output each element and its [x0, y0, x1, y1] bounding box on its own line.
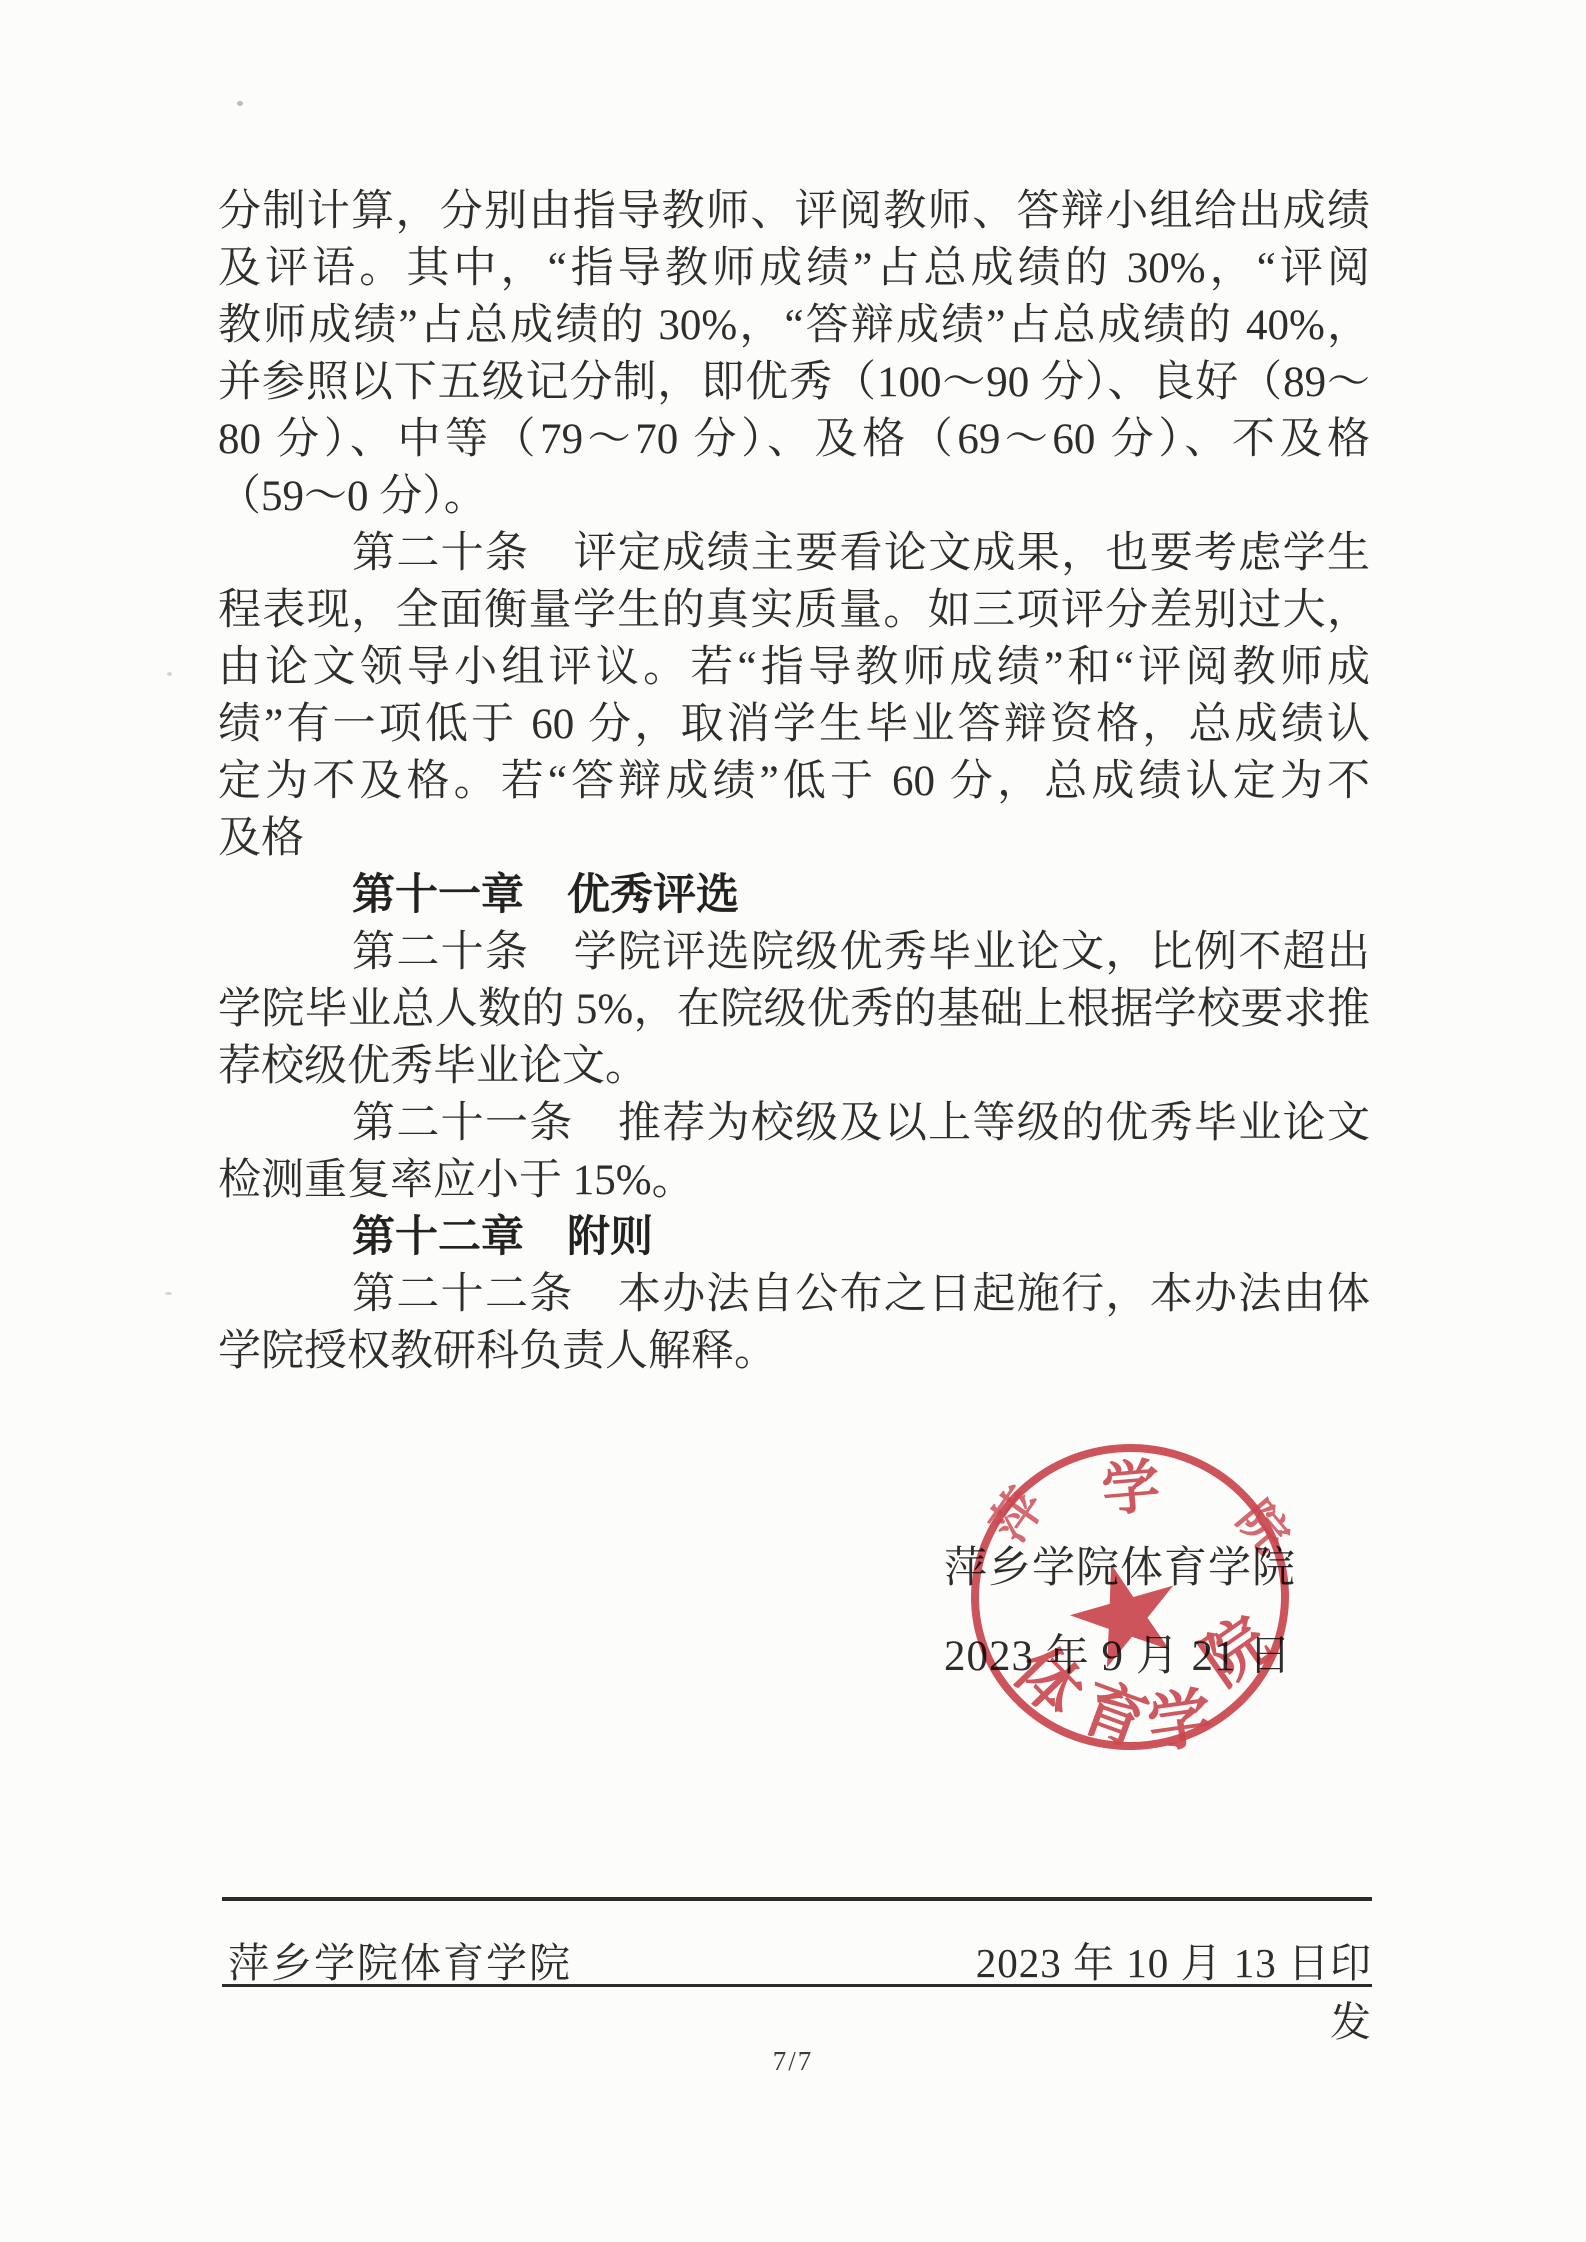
- body-line-article-22: 第二十二条 本办法自公布之日起施行，本办法由体育: [218, 1266, 1370, 1323]
- footer-rule-bottom: [222, 1984, 1372, 1987]
- body-line-article-20-selection: 第二十条 学院评选院级优秀毕业论文，比例不超出本: [218, 924, 1370, 981]
- seal-bottom-char: 学: [1144, 1686, 1216, 1758]
- scan-speck: [167, 672, 172, 676]
- body-line-article-20-grading: 第二十条 评定成绩主要看论文成果，也要考虑学生过: [218, 525, 1370, 582]
- chapter-11-heading: 第十一章 优秀评选: [218, 867, 1370, 924]
- footer-rule-top: [222, 1897, 1372, 1901]
- body-line: 及评语。其中，“指导教师成绩”占总成绩的 30%，“评阅: [218, 240, 1370, 297]
- footer-organization: 萍乡学院体育学院: [228, 1930, 572, 1989]
- seal-rim-char: 学: [1100, 1458, 1163, 1521]
- scan-speck: [165, 1292, 172, 1295]
- body-line: 学院毕业总人数的 5%，在院级优秀的基础上根据学校要求推: [218, 981, 1370, 1038]
- body-line: 80 分）、中等（79～70 分）、及格（69～60 分）、不及格: [218, 411, 1370, 468]
- seal-bottom-char: 育: [1073, 1675, 1155, 1757]
- body-line: 绩”有一项低于 60 分，取消学生毕业答辩资格，总成绩认: [218, 696, 1370, 753]
- page-number: 7/7: [743, 2046, 843, 2077]
- body-line: （59～0 分）。: [218, 468, 1370, 525]
- body-line: 检测重复率应小于 15%。: [218, 1152, 1370, 1209]
- body-line: 定为不及格。若“答辩成绩”低于 60 分，总成绩认定为不: [218, 753, 1370, 810]
- body-line: 分制计算，分别由指导教师、评阅教师、答辩小组给出成绩: [218, 183, 1370, 240]
- body-line: 教师成绩”占总成绩的 30%，“答辩成绩”占总成绩的 40%，: [218, 297, 1370, 354]
- body-line: 并参照以下五级记分制，即优秀（100～90 分）、良好（89～: [218, 354, 1370, 411]
- chapter-12-heading: 第十二章 附则: [218, 1209, 1370, 1266]
- signature-organization: 萍乡学院体育学院: [944, 1534, 1296, 1595]
- seal-ring: [966, 1439, 1294, 1756]
- body-line: 由论文领导小组评议。若“指导教师成绩”和“评阅教师成: [218, 639, 1370, 696]
- body-line: 荐校级优秀毕业论文。: [218, 1038, 1370, 1095]
- body-text: 分制计算，分别由指导教师、评阅教师、答辩小组给出成绩 及评语。其中，“指导教师成…: [218, 183, 1370, 1380]
- footer-issue-date: 2023 年 10 月 13 日印发: [940, 1930, 1372, 2048]
- document-page: 分制计算，分别由指导教师、评阅教师、答辩小组给出成绩 及评语。其中，“指导教师成…: [0, 0, 1586, 2242]
- body-line: 及格: [218, 810, 1370, 867]
- body-line-article-21: 第二十一条 推荐为校级及以上等级的优秀毕业论文的: [218, 1095, 1370, 1152]
- scan-speck: [237, 101, 243, 106]
- body-line: 学院授权教研科负责人解释。: [218, 1323, 1370, 1380]
- signature-date: 2023 年 9 月 21 日: [944, 1622, 1292, 1683]
- body-line: 程表现，全面衡量学生的真实质量。如三项评分差别过大，: [218, 582, 1370, 639]
